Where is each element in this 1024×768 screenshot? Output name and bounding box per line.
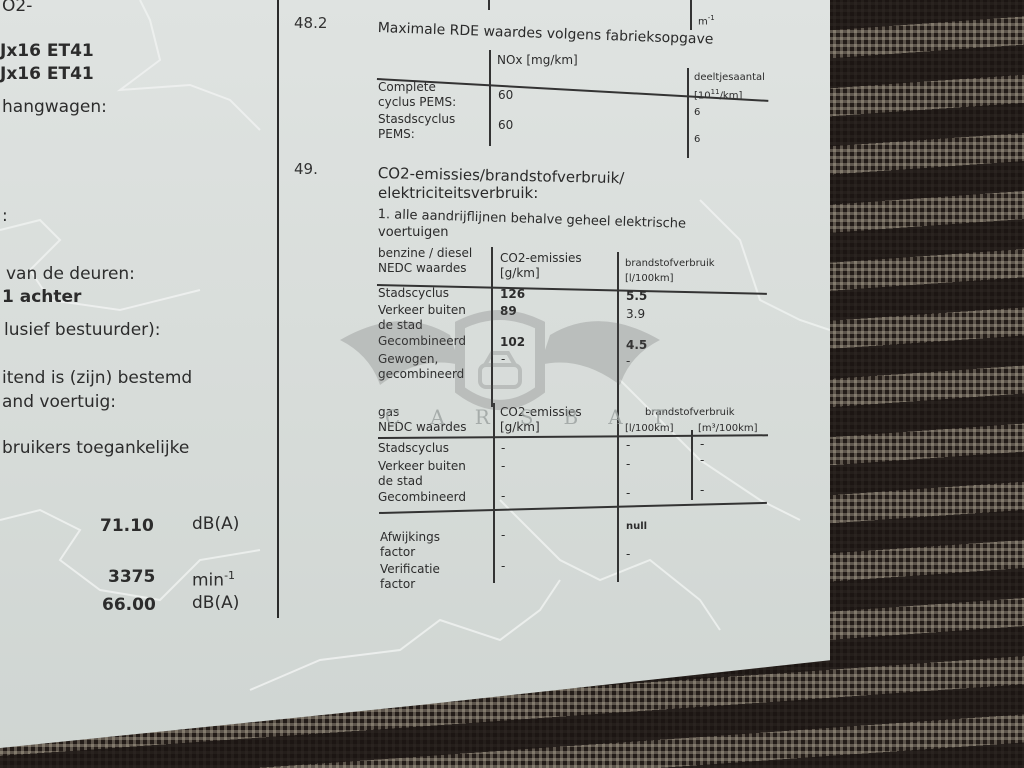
rde-row-label-line: Complete bbox=[378, 80, 456, 95]
gas-row-label: Verkeer buitende stad bbox=[378, 459, 466, 489]
gas-table-line bbox=[493, 403, 495, 583]
destined-label-2: and voertuig: bbox=[2, 392, 116, 412]
petrol-row-label-line: Gewogen, bbox=[378, 352, 464, 367]
rde-row-label-line: Stasdscyclus bbox=[378, 112, 455, 127]
gas-row-fuel-m3: - bbox=[700, 483, 704, 498]
accessible-label: bruikers toegankelijke bbox=[2, 438, 189, 458]
factor-row-fuel: - bbox=[626, 547, 630, 562]
driving-noise-value: 66.00 bbox=[102, 595, 156, 615]
petrol-row-label: Verkeer buitende stad bbox=[378, 303, 466, 333]
gas-row-fuel-l: - bbox=[626, 457, 630, 472]
petrol-row-fuel: 4.5 bbox=[626, 338, 647, 353]
petrol-row-label-line: Verkeer buiten bbox=[378, 303, 466, 318]
gas-row-fuel-l: - bbox=[626, 438, 630, 453]
rde-unit-exponent: 11 bbox=[711, 88, 720, 96]
gas-row-fuel-l: - bbox=[626, 486, 630, 501]
gas-row-co2: - bbox=[501, 489, 505, 504]
gas-row-label-line: Verkeer buiten bbox=[378, 459, 466, 474]
tyre-size-2: Jx16 ET41 bbox=[0, 64, 94, 84]
petrol-row-co2: 89 bbox=[500, 304, 517, 319]
section-48-2-number: 48.2 bbox=[294, 14, 327, 32]
rde-row-label-line: cyclus PEMS: bbox=[378, 95, 456, 110]
petrol-row-label-line: gecombineerd bbox=[378, 367, 464, 382]
petrol-header-line: NEDC waardes bbox=[378, 261, 472, 276]
destined-label-1: itend is (zijn) bestemd bbox=[2, 368, 192, 388]
doors-label: van de deuren: bbox=[6, 264, 135, 284]
section-48-2-title: Maximale RDE waardes volgens fabrieksopg… bbox=[377, 20, 713, 48]
stationary-noise-unit: dB(A) bbox=[192, 514, 239, 534]
engine-speed-unit-exponent: -1 bbox=[224, 569, 235, 582]
gas-table-line bbox=[691, 430, 693, 500]
top-unit-text: m bbox=[698, 16, 708, 27]
gas-row-label: Stadscyclus bbox=[378, 441, 449, 456]
petrol-row-co2: - bbox=[501, 352, 505, 367]
petrol-co2-header-line: CO2-emissies bbox=[500, 251, 582, 266]
petrol-row-label-line: de stad bbox=[378, 318, 466, 333]
gas-row-fuel-m3: - bbox=[700, 453, 704, 468]
factor-row-co2: - bbox=[501, 559, 505, 574]
rde-row-complete-label: Completecyclus PEMS: bbox=[378, 80, 456, 110]
rde-row-city-nox: 60 bbox=[498, 118, 513, 133]
section-49-number: 49. bbox=[294, 160, 318, 178]
petrol-row-fuel: 3.9 bbox=[626, 307, 645, 322]
petrol-co2-header-line: [g/km] bbox=[500, 266, 582, 281]
petrol-fuel-header: brandstofverbruik[l/100km] bbox=[625, 256, 715, 286]
petrol-row-fuel: - bbox=[626, 354, 630, 369]
column-divider bbox=[277, 0, 279, 618]
rde-row-complete-nox: 60 bbox=[498, 88, 513, 103]
gas-row-co2: - bbox=[501, 441, 505, 456]
rde-row-city-label: StasdscyclusPEMS: bbox=[378, 112, 455, 142]
petrol-header-line: benzine / diesel bbox=[378, 246, 472, 261]
petrol-row-label: Stadscyclus bbox=[378, 286, 449, 301]
rde-particles-header: deeltjesaantal bbox=[694, 70, 765, 85]
petrol-row-fuel: 5.5 bbox=[626, 289, 647, 304]
factor-row-label: Verificatiefactor bbox=[380, 562, 440, 592]
gas-row-label-line: de stad bbox=[378, 474, 466, 489]
top-table-line bbox=[690, 0, 692, 30]
stationary-noise-value: 71.10 bbox=[100, 516, 154, 536]
gas-row-fuel-m3: - bbox=[700, 437, 704, 452]
factor-row-co2: - bbox=[501, 528, 505, 543]
petrol-co2-header: CO2-emissies[g/km] bbox=[500, 251, 582, 281]
rde-table-line bbox=[687, 68, 689, 158]
driving-noise-unit: dB(A) bbox=[192, 593, 239, 613]
registration-document: O2- Jx16 ET41 Jx16 ET41 hangwagen: : van… bbox=[0, 0, 830, 760]
watermark-text: CARSBAT bbox=[385, 405, 695, 429]
rde-table-line bbox=[489, 50, 491, 146]
engine-speed-unit-text: min bbox=[192, 571, 224, 591]
factor-row-label: Afwijkingsfactor bbox=[380, 530, 440, 560]
rde-particles-unit: [1011/km] bbox=[694, 85, 742, 103]
petrol-fuel-header-line: [l/100km] bbox=[625, 271, 715, 286]
section-49-subtitle-2: voertuigen bbox=[378, 225, 448, 240]
rde-row-city-particles: 6 bbox=[694, 132, 700, 147]
gas-row-co2: - bbox=[501, 459, 505, 474]
section-49-title-2: elektriciteitsverbruik: bbox=[378, 184, 538, 202]
seats-label: lusief bestuurder): bbox=[4, 320, 161, 340]
petrol-table-line bbox=[491, 247, 493, 407]
trailer-label: hangwagen: bbox=[2, 97, 107, 117]
engine-speed-value: 3375 bbox=[108, 567, 155, 587]
rde-nox-header: NOx [mg/km] bbox=[497, 53, 578, 68]
top-unit-fragment: m-1 bbox=[698, 14, 715, 27]
factor-label-line: factor bbox=[380, 545, 440, 560]
top-unit-exponent: -1 bbox=[708, 14, 715, 22]
tyre-size-1: Jx16 ET41 bbox=[0, 41, 94, 61]
petrol-header-label: benzine / dieselNEDC waardes bbox=[378, 246, 472, 276]
factor-row-fuel: null bbox=[626, 519, 647, 534]
factor-label-line: Verificatie bbox=[380, 562, 440, 577]
factor-label-line: Afwijkings bbox=[380, 530, 440, 545]
petrol-fuel-header-line: brandstofverbruik bbox=[625, 256, 715, 271]
engine-speed-unit: min-1 bbox=[192, 569, 235, 591]
top-table-line bbox=[488, 0, 490, 10]
petrol-row-label: Gecombineerd bbox=[378, 334, 466, 349]
petrol-row-co2: 102 bbox=[500, 335, 525, 350]
factor-label-line: factor bbox=[380, 577, 440, 592]
rde-row-label-line: PEMS: bbox=[378, 127, 455, 142]
rde-row-complete-particles: 6 bbox=[694, 105, 700, 120]
co2-fragment: O2- bbox=[2, 0, 32, 16]
doors-value: 1 achter bbox=[2, 287, 81, 307]
petrol-row-label: Gewogen,gecombineerd bbox=[378, 352, 464, 382]
gas-row-label: Gecombineerd bbox=[378, 490, 466, 505]
colon-label: : bbox=[2, 206, 8, 226]
petrol-row-co2: 126 bbox=[500, 287, 525, 302]
